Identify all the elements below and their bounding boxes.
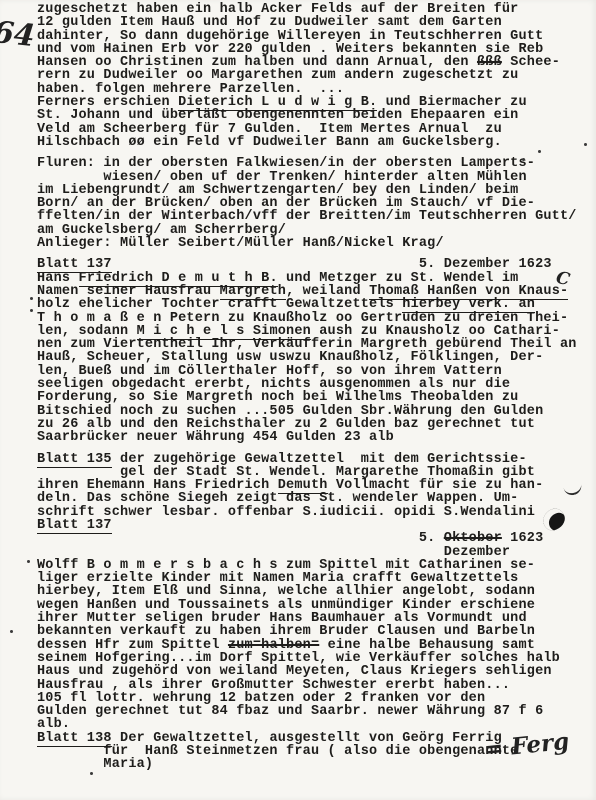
text-line: Haus und zugehörd von weiland Meyeten, C… xyxy=(37,665,593,678)
text-line: Hauß, Scheuer, Stallung usw uswzu Knaußh… xyxy=(37,351,593,364)
handwritten-margin-number: 64 xyxy=(0,18,36,52)
text-line: nen zum Viertentheil Ihr, Verkäufferin M… xyxy=(37,338,593,351)
text-line: gel der Stadt St. Wendel. Margarethe Tho… xyxy=(37,466,593,479)
text-line: bekannten verkauft zu haben ihrem Bruder… xyxy=(37,625,593,638)
text-line: Blatt 137 5. Dezember 1623 xyxy=(37,258,593,271)
text-line: Bitschied noch zu suchen ...505 Gulden S… xyxy=(37,405,593,418)
text-line: Fluren: in der obersten Falkwiesen/in de… xyxy=(37,157,593,170)
text-line: St. Johann und überläßt obengenennten be… xyxy=(37,109,593,122)
text-line: 12 gulden Item Hauß und Hof zu Dudweiler… xyxy=(37,16,593,29)
text-line: 105 fl lottr. wehrung 12 batzen oder 2 f… xyxy=(37,692,593,705)
speck xyxy=(30,309,33,312)
text-line: seeligen obgedacht ererbt, nichts ausgen… xyxy=(37,378,593,391)
text-line: im Liebengrundt/ am Schwertzengarten/ be… xyxy=(37,184,593,197)
text-line: Hansen oo Christinen zum halben und dann… xyxy=(37,56,593,69)
pen-mark-c: C xyxy=(554,270,571,289)
text-line: Hilschbach øø ein Feld vf Dudweiler Bann… xyxy=(37,136,593,149)
speck xyxy=(10,630,13,633)
text-line: zu 26 alb und den Reichsthaler zu 2 Guld… xyxy=(37,418,593,431)
speck xyxy=(522,158,525,161)
text-line: Anlieger: Müller Seibert/Müller Hanß/Nic… xyxy=(37,237,593,250)
text-line: Dezember xyxy=(37,546,593,559)
document-text: zugeschetzt haben ein halb Acker Felds a… xyxy=(37,3,593,772)
text-line: Namen seiner Hausfrau Margreth, weiland … xyxy=(37,285,593,298)
text-line: len, Bueß und im Cöllerthaler Hoff, so v… xyxy=(37,365,593,378)
text-line: Blatt 135 der zugehörige Gewaltzettel mi… xyxy=(37,453,593,466)
text-line: Veld am Scheerberg für 7 Gulden. Item Me… xyxy=(37,123,593,136)
text-line: rern zu Dudweiler oo Margarethen zum and… xyxy=(37,69,593,82)
text-line: 5. Oktober 1623 xyxy=(37,532,593,545)
text-line: wiesen/ oben uf der Trenken/ hinterder a… xyxy=(37,171,593,184)
text-line: und vom Hainen Erb vor 220 gulden . Weit… xyxy=(37,43,593,56)
text-line: dahinter, So dann dugehörige Willereyen … xyxy=(37,30,593,43)
text-line: deln. Das schöne Siegeh zeigt das St. we… xyxy=(37,492,593,505)
text-line: Gulden gerechnet tut 84 fbaz und Saarbr.… xyxy=(37,705,593,718)
text-line: Blatt 137 xyxy=(37,519,593,532)
text-line: schrift schwer lesbar. offenbar S.iudici… xyxy=(37,506,593,519)
text-line: alb. xyxy=(37,718,593,731)
text-line: Hans Friedrich D e m u t h B. und Metzge… xyxy=(37,272,593,285)
entry-continuation: zugeschetzt haben ein halb Acker Felds a… xyxy=(37,3,593,149)
fluren-section: Fluren: in der obersten Falkwiesen/in de… xyxy=(37,157,593,250)
text-line: Ferners erschien Dieterich L u d w i g B… xyxy=(37,96,593,109)
text-line: Wolff B o m m e r s b a c h s zum Spitte… xyxy=(37,559,593,572)
text-line: hierbey, Item Elß und Sinna, welche allh… xyxy=(37,585,593,598)
text-line: liger erzielte Kinder mit Namen Maria cr… xyxy=(37,572,593,585)
speck xyxy=(538,150,541,153)
speck xyxy=(90,772,93,775)
text-line: dessen Hfr zum Spittel zum=halben= eine … xyxy=(37,639,593,652)
text-line: ffelten/in der Winterbach/vff der Breitt… xyxy=(37,210,593,223)
text-line: Forderung, so Sie Margreth noch bei Wilh… xyxy=(37,391,593,404)
blatt-135-entry: Blatt 135 der zugehörige Gewaltzettel mi… xyxy=(37,453,593,519)
document-page: zugeschetzt haben ein halb Acker Felds a… xyxy=(0,0,596,800)
text-line: haben. folgen mehrere Parzellen. ... xyxy=(37,83,593,96)
text-line: Hausfrau , als ihrer Großmutter Schweste… xyxy=(37,679,593,692)
text-line: ihrer Mutter seligen bruder Hans Baumhau… xyxy=(37,612,593,625)
text-line: len, sodann M i c h e l s Simonen aush z… xyxy=(37,325,593,338)
speck xyxy=(584,143,587,146)
text-line: ihren Ehemann Hans Friedrich Demuth Voll… xyxy=(37,479,593,492)
blatt-137-second-entry: Blatt 137 5. Oktober 1623 DezemberWolff … xyxy=(37,519,593,732)
text-line: seinem Hofgering...im Dorf Spittel, wie … xyxy=(37,652,593,665)
speck xyxy=(27,560,30,563)
speck xyxy=(30,297,33,300)
text-line: Born/ an der Brücken/ oben an der Brücke… xyxy=(37,197,593,210)
text-line: am Guckelsberg/ am Scherrberg/ xyxy=(37,224,593,237)
text-line: T h o m a ß e n Petern zu Knaußholz oo G… xyxy=(37,312,593,325)
text-line: holz ehelicher Tochter crafft Gewaltzett… xyxy=(37,298,593,311)
text-line: Saarbrücker neuer Währung 454 Gulden 23 … xyxy=(37,431,593,444)
text-line: zugeschetzt haben ein halb Acker Felds a… xyxy=(37,3,593,16)
text-line: wegen Hanßen und Toussainets als unmündi… xyxy=(37,599,593,612)
blatt-137-entry: Blatt 137 5. Dezember 1623Hans Friedrich… xyxy=(37,258,593,444)
